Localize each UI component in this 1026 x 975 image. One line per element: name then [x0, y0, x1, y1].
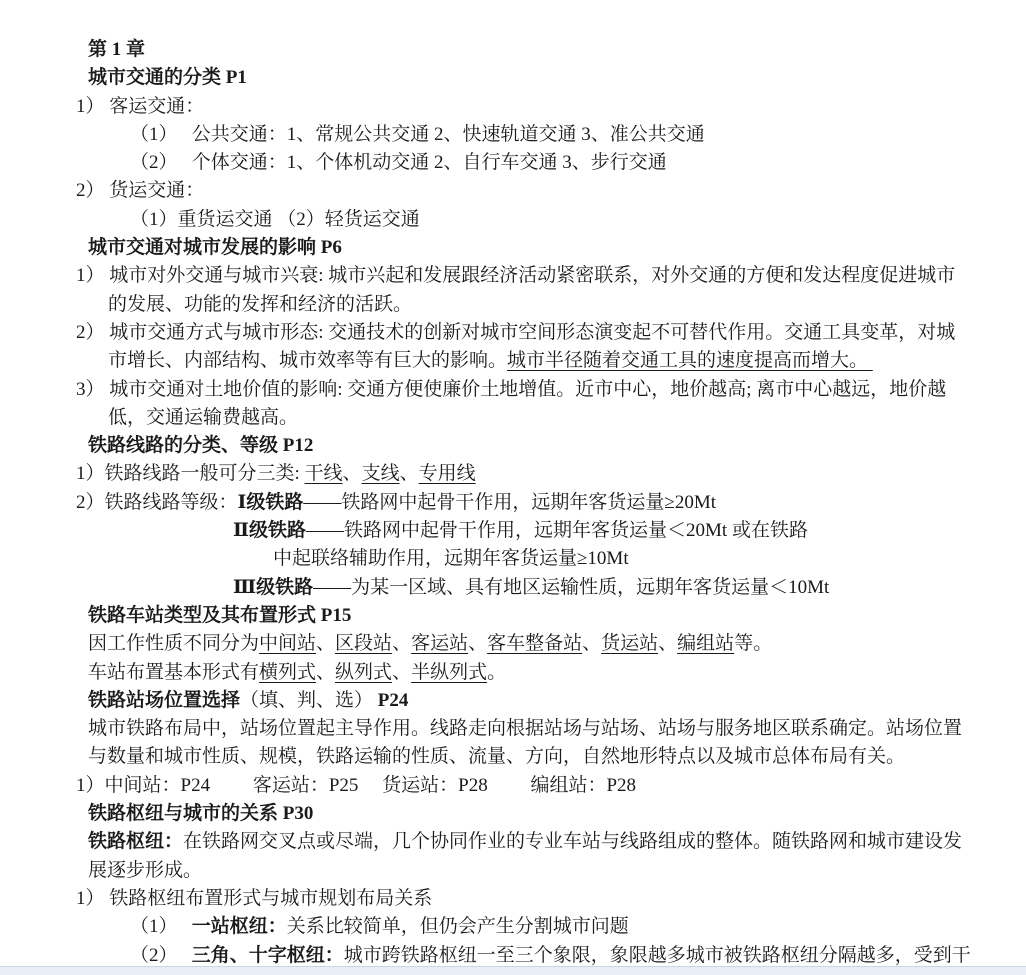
document-viewer: { "colors": { "page_bg": "#ffffff", "tex… [0, 0, 1026, 975]
bold-text: 铁路线路的分类、等级 P12 [88, 435, 313, 456]
bold-text: 城市交通对城市发展的影响 P6 [88, 237, 342, 258]
section-heading: 城市交通的分类 P1 [0, 64, 1026, 92]
text-segment: 因工作性质不同分为 [88, 633, 259, 654]
sub-list-item: （1）重货运交通 （2）轻货运交通 [0, 206, 1026, 234]
bold-text: 一站枢纽： [192, 916, 287, 937]
text-segment: 1） 客运交通： [76, 96, 204, 117]
section-heading: 铁路站场位置选择（填、判、选） P24 [0, 687, 1026, 715]
text-line: 市增长、内部结构、城市效率等有巨大的影响。城市半径随着交通工具的速度提高而增大。 [0, 347, 1026, 375]
list-item: 2） 货运交通： [0, 177, 1026, 205]
text-segment: 关系比较简单，但仍会产生分割城市问题 [287, 916, 629, 937]
text-line: 铁路枢纽：在铁路网交叉点或尽端，几个协同作业的专业车站与线路组成的整体。随铁路网… [0, 828, 1026, 856]
text-segment: （1） [130, 916, 192, 937]
bold-text: 铁路枢纽： [88, 831, 183, 852]
text-segment: 低，交通运输费越高。 [108, 407, 298, 428]
text-segment: 车站布置基本形式有 [88, 662, 259, 683]
underlined-text: 横列式 [259, 662, 316, 683]
text-segment: 城市铁路布局中，站场位置起主导作用。线路走向根据站场与站场、站场与服务地区联系确… [88, 718, 962, 739]
text-line: 因工作性质不同分为中间站、区段站、客运站、客车整备站、货运站、编组站等。 [0, 630, 1026, 658]
underlined-text: 中间站 [259, 633, 316, 654]
text-segment: 2） 货运交通： [76, 180, 204, 201]
text-segment: 1） 铁路枢纽布置形式与城市规划布局关系 [76, 888, 432, 909]
text-line: 低，交通运输费越高。 [0, 404, 1026, 432]
text-segment: 、 [316, 662, 335, 683]
underlined-text: 干线 [305, 463, 343, 484]
bold-text: Ⅱ级铁路 [233, 520, 306, 541]
list-item: 2）铁路线路等级：Ⅰ级铁路——铁路网中起骨干作用，远期年客货运量≥20Mt [0, 489, 1026, 517]
underlined-text: 编组站 [677, 633, 734, 654]
bold-text: 铁路车站类型及其布置形式 P15 [88, 605, 351, 626]
text-segment: 等。 [734, 633, 772, 654]
text-segment: （1） 公共交通：1、常规公共交通 2、快速轨道交通 3、准公共交通 [130, 124, 705, 145]
text-segment: 城市跨铁路枢纽一至三个象限，象限越多城市被铁路枢纽分隔越多，受到干 [344, 945, 971, 966]
text-segment: 1）中间站：P24 客运站：P25 货运站：P28 编组站：P28 [76, 775, 636, 796]
bold-text: 铁路站场位置选择 [88, 690, 240, 711]
underlined-text: 支线 [362, 463, 400, 484]
text-segment: 1） 城市对外交通与城市兴衰: 城市兴起和发展跟经济活动紧密联系，对外交通的方便… [76, 265, 955, 286]
text-segment: 在铁路网交叉点或尽端，几个协同作业的专业车站与线路组成的整体。随铁路网和城市建设… [183, 831, 962, 852]
underlined-text: 半纵列式 [411, 662, 487, 683]
text-segment: （1）重货运交通 （2）轻货运交通 [130, 209, 420, 230]
text-segment: 2）铁路线路等级： [76, 492, 238, 513]
text-segment: 与数量和城市性质、规模，铁路运输的性质、流量、方向，自然地形特点以及城市总体布局… [88, 746, 905, 767]
text-segment: 中起联络辅助作用，远期年客货运量≥10Mt [273, 548, 629, 569]
text-line: 的发展、功能的发挥和经济的活跃。 [0, 291, 1026, 319]
text-segment: （填、判、选） [240, 690, 378, 711]
sub-list-item: （1） 公共交通：1、常规公共交通 2、快速轨道交通 3、准公共交通 [0, 121, 1026, 149]
text-line: Ⅱ级铁路——铁路网中起骨干作用，远期年客货运量＜20Mt 或在铁路 [0, 517, 1026, 545]
text-segment: 3） 城市交通对土地价值的影响: 交通方便使廉价土地增值。近市中心，地价越高; … [76, 379, 946, 400]
section-heading: 铁路车站类型及其布置形式 P15 [0, 602, 1026, 630]
text-segment: 的发展、功能的发挥和经济的活跃。 [108, 294, 412, 315]
bold-text: P24 [378, 690, 409, 711]
text-line: 中起联络辅助作用，远期年客货运量≥10Mt [0, 545, 1026, 573]
text-segment: 、 [468, 633, 487, 654]
underlined-text: 专用线 [419, 463, 476, 484]
list-item: 1） 铁路枢纽布置形式与城市规划布局关系 [0, 885, 1026, 913]
underlined-text: 客运站 [411, 633, 468, 654]
text-segment: ——铁路网中起骨干作用，远期年客货运量＜20Mt 或在铁路 [306, 520, 808, 541]
bold-text: 城市交通的分类 P1 [88, 67, 247, 88]
text-segment: 2） 城市交通方式与城市形态: 交通技术的创新对城市空间形态演变起不可替代作用。… [76, 322, 955, 343]
document-page: 第 1 章城市交通的分类 P11） 客运交通：（1） 公共交通：1、常规公共交通… [0, 0, 1026, 970]
text-segment: ——为某一区域、具有地区运输性质，远期年客货运量＜10Mt [313, 577, 829, 598]
text-segment: 、 [316, 633, 335, 654]
section-heading: 铁路线路的分类、等级 P12 [0, 432, 1026, 460]
text-segment: 展逐步形成。 [88, 860, 202, 881]
list-item: 1）中间站：P24 客运站：P25 货运站：P28 编组站：P28 [0, 772, 1026, 800]
sub-list-item: （1） 一站枢纽：关系比较简单，但仍会产生分割城市问题 [0, 913, 1026, 941]
bold-text: Ⅲ级铁路 [233, 577, 313, 598]
text-segment: 、 [343, 463, 362, 484]
section-heading: 铁路枢纽与城市的关系 P30 [0, 800, 1026, 828]
text-segment: （2） [130, 945, 192, 966]
bold-text: Ⅰ级铁路 [238, 492, 304, 513]
underlined-text: 货运站 [601, 633, 658, 654]
bold-text: 第 1 章 [88, 39, 145, 60]
text-segment: 。 [487, 662, 506, 683]
bold-text: 三角、十字枢纽： [192, 945, 344, 966]
list-item: 2） 城市交通方式与城市形态: 交通技术的创新对城市空间形态演变起不可替代作用。… [0, 319, 1026, 347]
text-line: 与数量和城市性质、规模，铁路运输的性质、流量、方向，自然地形特点以及城市总体布局… [0, 743, 1026, 771]
text-line: 展逐步形成。 [0, 857, 1026, 885]
list-item: 1） 客运交通： [0, 93, 1026, 121]
text-segment: ——铁路网中起骨干作用，远期年客货运量≥20Mt [303, 492, 716, 513]
underlined-text: 区段站 [335, 633, 392, 654]
text-segment: 市增长、内部结构、城市效率等有巨大的影响。 [108, 350, 507, 371]
list-item: 3） 城市交通对土地价值的影响: 交通方便使廉价土地增值。近市中心，地价越高; … [0, 376, 1026, 404]
text-segment: 、 [658, 633, 677, 654]
list-item: 1）铁路线路一般可分三类: 干线、支线、专用线 [0, 460, 1026, 488]
text-segment: 、 [582, 633, 601, 654]
underlined-text: 客车整备站 [487, 633, 582, 654]
chapter-title: 第 1 章 [0, 36, 1026, 64]
sub-list-item: （2） 个体交通：1、个体机动交通 2、自行车交通 3、步行交通 [0, 149, 1026, 177]
text-line: 车站布置基本形式有横列式、纵列式、半纵列式。 [0, 659, 1026, 687]
document-body: 第 1 章城市交通的分类 P11） 客运交通：（1） 公共交通：1、常规公共交通… [0, 36, 1026, 970]
underlined-text: 纵列式 [335, 662, 392, 683]
text-segment: （2） 个体交通：1、个体机动交通 2、自行车交通 3、步行交通 [130, 152, 667, 173]
text-segment: 、 [392, 633, 411, 654]
text-segment: 、 [400, 463, 419, 484]
page-bottom-gap [0, 966, 1026, 975]
text-line: Ⅲ级铁路——为某一区域、具有地区运输性质，远期年客货运量＜10Mt [0, 574, 1026, 602]
bold-text: 铁路枢纽与城市的关系 P30 [88, 803, 313, 824]
text-line: 城市铁路布局中，站场位置起主导作用。线路走向根据站场与站场、站场与服务地区联系确… [0, 715, 1026, 743]
list-item: 1） 城市对外交通与城市兴衰: 城市兴起和发展跟经济活动紧密联系，对外交通的方便… [0, 262, 1026, 290]
underlined-text: 城市半径随着交通工具的速度提高而增大。 [507, 350, 873, 371]
text-segment: 1）铁路线路一般可分三类: [76, 463, 305, 484]
text-segment: 、 [392, 662, 411, 683]
section-heading: 城市交通对城市发展的影响 P6 [0, 234, 1026, 262]
